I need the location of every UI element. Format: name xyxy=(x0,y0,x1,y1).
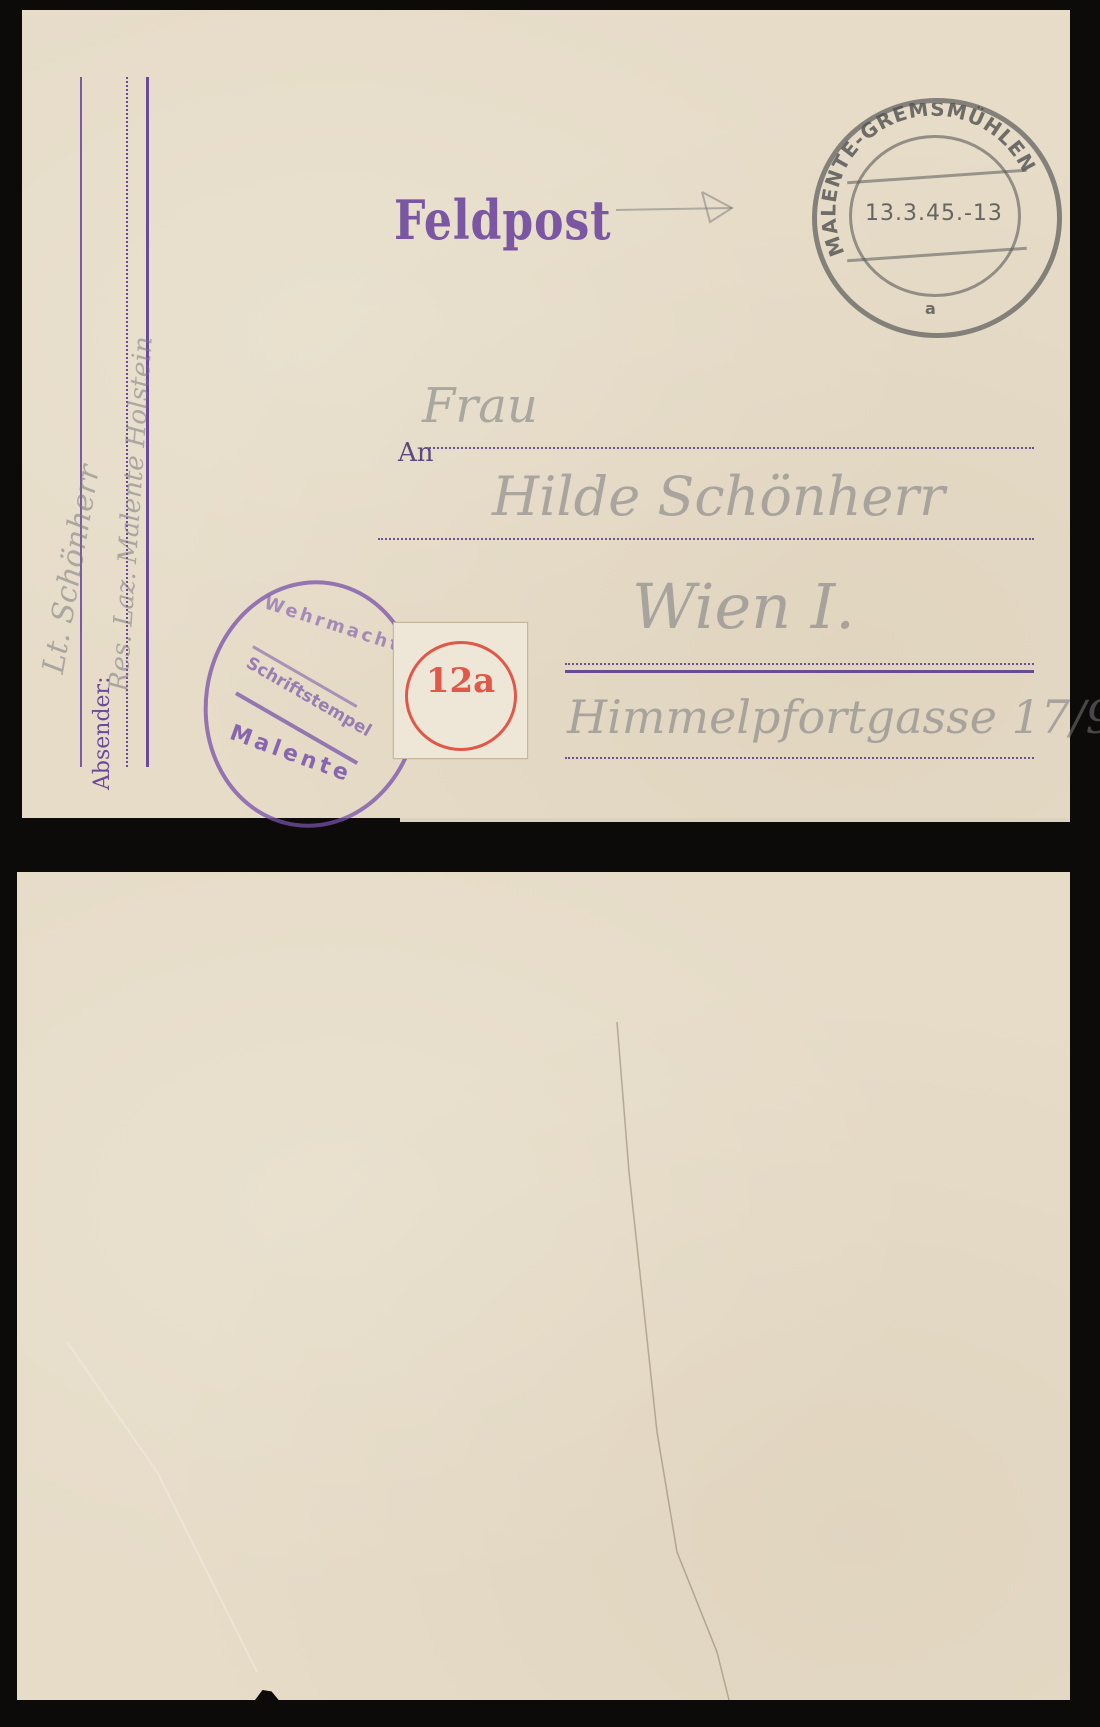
address-line-4 xyxy=(565,757,1034,759)
address-handwriting-1: Frau xyxy=(422,378,538,434)
pencil-arrow-icon xyxy=(614,188,744,228)
postmark: MALENTE-GREMSMÜHLEN 13.3.45.-13 a xyxy=(812,98,1062,338)
address-line-3-solid xyxy=(565,670,1034,673)
censor-label: 12a xyxy=(393,622,528,759)
address-line-1 xyxy=(426,447,1034,449)
address-line-3-dotted xyxy=(565,663,1034,665)
address-handwriting-2: Hilde Schönherr xyxy=(492,465,945,528)
censor-label-text: 12a xyxy=(394,661,527,701)
postmark-date: 13.3.45.-13 xyxy=(865,201,1003,226)
address-handwriting-3: Wien I. xyxy=(632,570,855,643)
sender-line-1 xyxy=(80,77,82,767)
envelope-back xyxy=(17,872,1070,1700)
sender-label: Absender: xyxy=(90,677,115,790)
sender-handwriting-1: Lt. Schönherr xyxy=(36,462,107,676)
sender-handwriting-2: Res. Laz. Malente Holstein xyxy=(104,335,159,692)
address-line-2 xyxy=(378,538,1034,540)
unit-stamp-middle: Schriftstempel xyxy=(242,653,374,741)
feldpost-title: Feldpost xyxy=(394,188,611,252)
address-handwriting-4: Himmelpfortgasse 17/9 xyxy=(567,690,1100,744)
unit-stamp-top: Wehrmacht xyxy=(262,593,405,657)
postmark-footer: a xyxy=(925,299,936,318)
unit-stamp-bottom: Malente xyxy=(226,720,355,787)
envelope-front: Absender: Lt. Schönherr Res. Laz. Malent… xyxy=(22,10,1070,818)
recipient-label: An xyxy=(398,438,434,468)
paper-crease xyxy=(17,872,1070,1700)
